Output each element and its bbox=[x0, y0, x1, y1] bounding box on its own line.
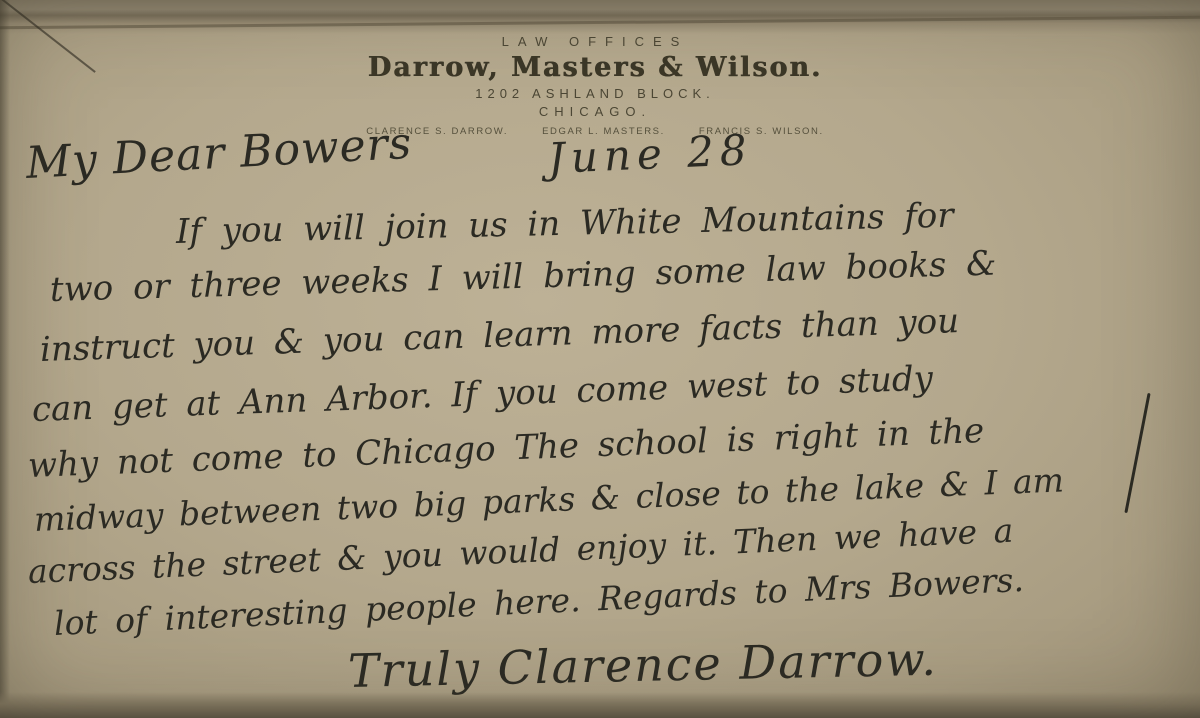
body-line-3: instruct you & you can learn more facts … bbox=[39, 301, 959, 370]
letterhead-city: CHICAGO. bbox=[0, 104, 1190, 119]
date-line: June 28 bbox=[547, 125, 754, 183]
body-line-2: two or three weeks I will bring some law… bbox=[49, 244, 996, 310]
letterhead-office-line: LAW OFFICES bbox=[0, 34, 1190, 49]
letter-paper: LAW OFFICES Darrow, Masters & Wilson. 12… bbox=[0, 0, 1200, 718]
letterhead-address: 1202 ASHLAND BLOCK. bbox=[0, 86, 1190, 101]
letterhead: LAW OFFICES Darrow, Masters & Wilson. 12… bbox=[0, 34, 1190, 137]
letterhead-firm-name: Darrow, Masters & Wilson. bbox=[0, 52, 1190, 83]
paper-bottom-edge bbox=[0, 692, 1200, 718]
body-line-1: If you will join us in White Mountains f… bbox=[176, 196, 954, 252]
pen-flourish-stroke bbox=[1124, 393, 1150, 513]
signature: Truly Clarence Darrow. bbox=[347, 632, 938, 698]
